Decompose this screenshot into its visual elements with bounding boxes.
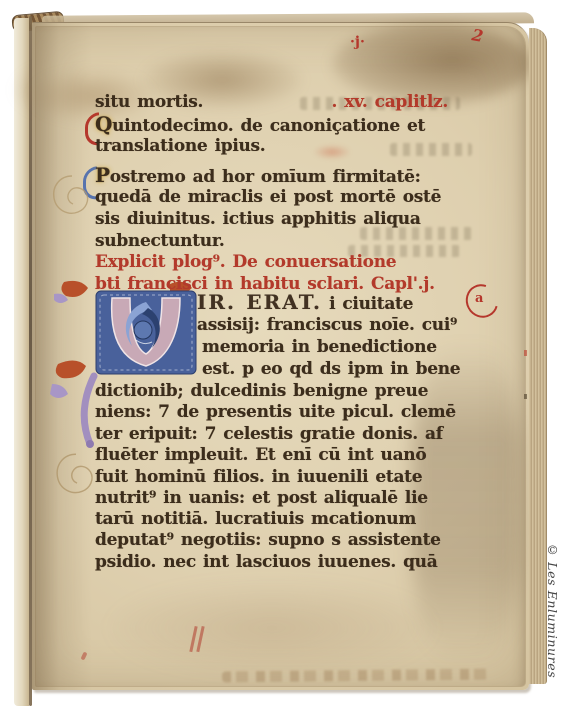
manuscript-text-line: Quintodecimo. de canoniçatione et [95,114,425,136]
manuscript-text-line: deputat⁹ negotiis: supno s assistente [95,530,441,550]
manuscript-text-line: est. p eo qd ds ipm in bene [202,359,460,379]
manuscript-text-line: quedā de miraclis ei post mortē ostē [95,187,441,207]
text-segment-initial: P [95,163,110,187]
manuscript-text-line: nutrit⁹ in uanis: et post aliqualē lie [95,488,428,508]
text-segment-ink: quedā de miraclis ei post mortē ostē [95,187,441,207]
text-segment-ink: situ mortis. [95,92,203,112]
text-segment-ink: fluēter impleuit. Et enī cū int uanō [95,445,426,465]
text-block: situ mortis.. xv. caplitlz.Quintodecimo.… [0,0,562,720]
margin-letter-mark: a [466,284,506,322]
red-stroke-marks [190,626,206,656]
manuscript-text-line: situ mortis.. xv. caplitlz. [95,92,448,112]
manuscript-text-line: ter eripuit: 7 celestis gratie donis. af [95,424,443,444]
text-segment-ink: tarū notitiā. lucratiuis mcationum [95,509,416,529]
text-segment-ink: dictionib; dulcedinis benigne preue [95,381,428,401]
text-segment-caps: IR. ERAT. [197,290,322,314]
manuscript-text-line: sis diuinitus. ictius apphitis aliqua [95,209,421,229]
manuscript-text-line: memoria in benedictione [202,337,437,357]
text-segment-ink: i ciuitate [322,294,413,314]
text-segment-initial: Q [95,112,112,136]
text-segment-ink: translatione ipius. [95,136,265,156]
text-segment-ink: assisij: franciscus noīe. cui⁹ [197,315,457,335]
spiral-doodle-top [48,168,96,236]
manuscript-text-line: translatione ipius. [95,136,265,156]
text-segment-red: . xv. caplitlz. [331,92,448,112]
manuscript-photo: ·j· 2 situ mortis.. xv. caplitlz.Quintod… [0,0,562,720]
text-segment-ink: nutrit⁹ in uanis: et post aliqualē lie [95,488,428,508]
text-segment-ink: subnectuntur. [95,231,225,251]
manuscript-text-line: fluēter impleuit. Et enī cū int uanō [95,445,426,465]
margin-letter: a [475,291,483,306]
manuscript-text-line: dictionib; dulcedinis benigne preue [95,381,428,401]
text-segment-ink: ter eripuit: 7 celestis gratie donis. af [95,424,443,444]
copyright-label: © Les Enluminures [541,542,560,698]
text-segment-ink: sis diuinitus. ictius apphitis aliqua [95,209,421,229]
spiral-doodle-bottom [50,446,102,516]
text-segment-ink: memoria in benedictione [202,337,437,357]
text-segment-ink: est. p eo qd ds ipm in bene [202,359,460,379]
text-segment-red: Explicit plog⁹. De conuersatione [95,252,396,272]
manuscript-text-line: IR. ERAT. i ciuitate [197,292,413,314]
text-segment-ink: psidio. nec int lasciuos iuuenes. quā [95,552,437,572]
manuscript-text-line: tarū notitiā. lucratiuis mcationum [95,509,416,529]
text-segment-ink: deputat⁹ negotiis: supno s assistente [95,530,441,550]
manuscript-text-line: subnectuntur. [95,231,225,251]
text-segment-ink: uintodecimo. de canoniçatione et [112,116,425,136]
edge-speck [524,350,527,356]
edge-speck [524,394,527,399]
manuscript-text-line: Explicit plog⁹. De conuersatione [95,252,396,272]
text-segment-ink: niens: 7 de presentis uite picul. clemē [95,402,456,422]
text-segment-ink: ostremo ad hor omīum firmitatē: [110,167,421,187]
manuscript-text-line: assisij: franciscus noīe. cui⁹ [197,315,457,335]
manuscript-text-line: Postremo ad hor omīum firmitatē: [95,165,421,187]
manuscript-text-line: fuit hominū filios. in iuuenili etate [95,467,422,487]
manuscript-text-line: psidio. nec int lasciuos iuuenes. quā [95,552,437,572]
manuscript-text-line: niens: 7 de presentis uite picul. clemē [95,402,456,422]
text-segment-ink: fuit hominū filios. in iuuenili etate [95,467,422,487]
